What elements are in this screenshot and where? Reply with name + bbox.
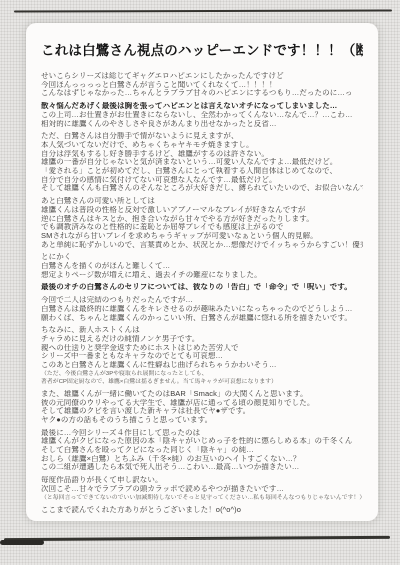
- text-line: 雄鷹くんがクビになった原因の本「陰キャがいじめっ子を性的に懲らしめる本」の千冬く…: [41, 437, 363, 446]
- text-line: 今回で二人は完結のつもりだったんですが…: [41, 296, 363, 305]
- text-line: 毎度作品語りが長くて申し訳ない。: [41, 476, 363, 485]
- text-line: SMされながら甘いプレイを求めちゃうギャップが可愛いなぁという個人的見解。: [41, 232, 363, 241]
- text-line: 願わくば、ちゃんと雄鷹くんのかっこいい所、白鷺さんが雄鷹に惚れる所を描きたいです…: [41, 314, 363, 323]
- paragraph: とにかく白鷺さんを描くのがほんと難しくて…想定よりページ数が増えに増え、過去イチ…: [41, 253, 363, 279]
- text-line: せいこらシリーズは総じてギャグエロハピエンにしたかったんですけど: [41, 72, 363, 81]
- text-line: あと白鷺さんの可愛い所としては: [41, 197, 363, 206]
- text-line: でも調教済みなのと性格的に羞恥とか屈辱プレイでも感度は上がるので: [41, 223, 363, 232]
- text-line: シリーズ中一番まともなキャラなのでとても可哀想…: [41, 352, 363, 361]
- text-line: 逆に白鷺さんはキスとか、抱き合いながら甘々でやる方が好きだったりします。: [41, 215, 363, 224]
- text-line: そして雄鷹くんも白鷺さんのそんなところが大好きだし、縛られていたいので、お似合い…: [41, 184, 363, 193]
- text-line: こんなはずじゃなかった…ちゃんとラブラブ甘々のハピエンにするつもり…だったのに……: [41, 89, 363, 98]
- paragraph: 今回で二人は完結のつもりだったんですが…白鷺さんは最終的に雄鷹くんをキレさせるの…: [41, 296, 363, 322]
- text-line: そして雄鷹のクビを言い渡した新キャラは社長でヤ●ザです。: [41, 407, 363, 416]
- text-line: あと単純に恥ずかしいので、言葉責めとか、状況とか…想像だけでイッちゃうからすごい…: [41, 241, 363, 250]
- text-line: そして白鷺さんを殴ってクビになった同じく「陰キャ」の純…: [41, 446, 363, 455]
- paragraph: ちなみに、新人ホストくんはチャラめに見えるだけの純情ノンケ男子です。親への仕送り…: [41, 326, 363, 386]
- text-line: 白鷺さんは最終的に雄鷹くんをキレさせるのが趣味みたいになっちゃったのでどうしよう…: [41, 305, 363, 314]
- text-line: 今回ほんっっっっと白鷺さんが言うこと聞いてくれなくて…！！！！: [41, 81, 363, 90]
- paragraph: 最後に…今回シリーズ４作目にして思ったのは雄鷹くんがクビになった原因の本「陰キャ…: [41, 429, 363, 473]
- afterword-title: これは白鷺さん視点のハッピーエンドです！！！（断言）: [41, 39, 363, 59]
- text-line: また、雄鷹くんが一緒に働いてたのはBAR「Smack」の大関くんと思います。: [41, 390, 363, 399]
- text-line: 親への仕送りと奨学金返すためにホストはじめた苦労人で: [41, 344, 363, 353]
- paragraph: 毎度作品語りが長くて申し訳ない。次回こそ…甘々でラブラブの頭カラッポで読めるやつ…: [41, 476, 363, 501]
- text-line: とにかく: [41, 253, 363, 262]
- text-line: この上司…お仕置きがお仕置きにならないし、全然わかってくんない…なんで…？…こわ…: [41, 111, 363, 120]
- text-line: ここまで読んでくれた方ありがとうございました！o(^o^)o: [41, 506, 363, 515]
- scan-edge-top: [14, 10, 392, 13]
- scan-edge-bottom: [4, 536, 390, 541]
- text-line: 最後のオチの白鷺さんのセリフについては、彼なりの「告白」で「命令」で「呪い」です…: [41, 283, 363, 292]
- text-line: 雄鷹くんは普段の性格と反対で激しいアブノーマルなプレイが好きなんですが: [41, 206, 363, 215]
- paper-panel: これは白鷺さん視点のハッピーエンドです！！！（断言） せいこらシリーズは総じてギ…: [26, 23, 378, 521]
- text-line: 自分は浮気もするし好き勝手するけど、雄鷹がするのは許さない。: [41, 150, 363, 159]
- text-line: このあと白鷺さんと雄鷹くんに性癖ねじ曲げられちゃうかわいそう…: [41, 361, 363, 370]
- paragraph: せいこらシリーズは総じてギャグエロハピエンにしたかったんですけど今回ほんっっっっ…: [41, 72, 363, 98]
- text-line: 想定よりページ数が増えに増え、過去イチの難産になりました。: [41, 271, 363, 280]
- text-line: 次回こそ…甘々でラブラブの頭カラッポで読めるやつが描きたいです…: [41, 485, 363, 494]
- paragraph: 散々悩んだあげく最後は胸を張ってハピエンとは言えないオチになってしまいました…こ…: [41, 102, 363, 128]
- paragraph: ただ、白鷺さんは自分勝手で情がないように見えますが、本人気づいてないだけで、めち…: [41, 132, 363, 193]
- text-line: （と毎回言ってできてないのでいい加減期待しないでそっと見守ってください…私も毎回…: [41, 494, 363, 502]
- text-line: 散々悩んだあげく最後は胸を張ってハピエンとは言えないオチになってしまいました…: [41, 102, 363, 111]
- text-line: 最後に…今回シリーズ４作目にして思ったのは: [41, 429, 363, 438]
- paragraph: 最後のオチの白鷺さんのセリフについては、彼なりの「告白」で「命令」で「呪い」です…: [41, 283, 363, 292]
- paragraph: あと白鷺さんの可愛い所としては雄鷹くんは普段の性格と反対で激しいアブノーマルなプ…: [41, 197, 363, 249]
- text-line: チャラめに見えるだけの純情ノンケ男子です。: [41, 335, 363, 344]
- text-line: おしら（雄鷹×白鷺）とちふみ（千冬×純）のお互いのヘイトすごくない…？: [41, 455, 363, 464]
- text-line: ちなみに、新人ホストくんは: [41, 326, 363, 335]
- text-line: ただ、白鷺さんは自分勝手で情がないように見えますが、: [41, 132, 363, 141]
- text-line: 著者がCP固定厨なので、雄鷹×白鷺は揺るぎません。当て馬キャラが可哀想になります…: [41, 378, 363, 386]
- afterword-body: せいこらシリーズは総じてギャグエロハピエンにしたかったんですけど今回ほんっっっっ…: [41, 72, 363, 514]
- text-line: 彼の元同僚のウリやってる大学生で、雄鷹が店に通ってる頃の顔見知りでした。: [41, 399, 363, 408]
- text-line: （ただ、今後白鷺さんが3Pや寝取られ展開になったとしても、: [41, 370, 363, 378]
- text-line: 本人気づいてないだけで、めちゃくちゃヤキモチ焼きますし。: [41, 141, 363, 150]
- text-line: 相対的に雄鷹くんのやさしさや良さがあんまり出せなかったと反省…: [41, 120, 363, 129]
- text-line: 「愛される」ことが初めてだし、白鷺さんにとって執着する人間自体はじめてなので、: [41, 167, 363, 176]
- text-line: 白鷺さんを描くのがほんと難しくて…: [41, 262, 363, 271]
- scanned-afterword-page: { "page": { "title": "これは白鷺さん視点のハッピーエンドで…: [0, 0, 400, 565]
- text-line: 雄鷹の一番が自分じゃないと気が済まないという…可愛い人なんですよ…最低だけど。: [41, 158, 363, 167]
- text-line: この二組が遭遇したら本気で死人出そう…こわい…最高…いつか描きたい…: [41, 463, 363, 472]
- text-line: ヤク●の方の話もそのうち描こうと思っています。: [41, 416, 363, 425]
- scan-artifact: [0, 540, 44, 545]
- text-line: 自分で自分の感情に気付けてない可哀想な人なんです…最低だけど。: [41, 176, 363, 185]
- paragraph: また、雄鷹くんが一緒に働いてたのはBAR「Smack」の大関くんと思います。彼の…: [41, 390, 363, 425]
- paragraph: ここまで読んでくれた方ありがとうございました！o(^o^)o: [41, 506, 363, 515]
